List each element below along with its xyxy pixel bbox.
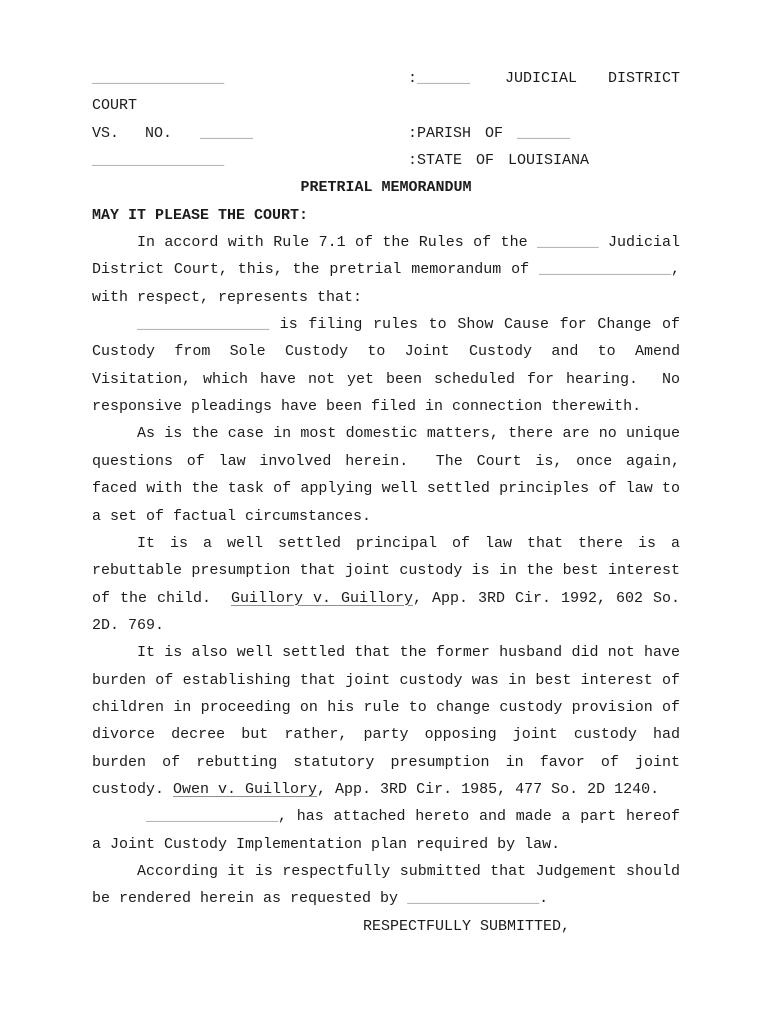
text-segment: burden of establishing that joint custod…	[92, 672, 680, 689]
document-line: burden of rebutting statutory presumptio…	[92, 749, 680, 776]
caption-row-defendant: _______________:STATEOFLOUISIANA	[92, 147, 680, 174]
document-line: 2D. 769.	[92, 612, 680, 639]
document-line: faced with the task of applying well set…	[92, 475, 680, 502]
document-line: It is a well settled principal of law th…	[92, 530, 680, 557]
document-line: _______________, has attached hereto and…	[92, 803, 680, 830]
document-line: Custody from Sole Custody to Joint Custo…	[92, 338, 680, 365]
text-segment: with respect, represents that:	[92, 289, 362, 306]
text-segment: of the child.	[92, 590, 231, 607]
blank-field: ______	[200, 120, 253, 147]
text-segment: It is also well settled that the former …	[137, 644, 680, 661]
text-segment: ,	[671, 261, 680, 278]
text-segment: , App. 3RD Cir. 1992, 602 So.	[413, 590, 680, 607]
case-citation: Guillory v. Guillory	[231, 590, 413, 607]
document-line: As is the case in most domestic matters,…	[92, 420, 680, 447]
text-segment: DISTRICT	[608, 65, 680, 92]
document-line: According it is respectfully submitted t…	[92, 858, 680, 885]
text-segment: Visitation, which have not yet been sche…	[92, 371, 680, 388]
text-segment: , App. 3RD Cir. 1985, 477 So. 2D 1240.	[317, 781, 659, 798]
text-segment: COURT	[92, 97, 137, 114]
blank-field: _______________	[137, 316, 269, 333]
text-segment: custody.	[92, 781, 173, 798]
blank-field: _______________	[146, 808, 278, 825]
document-line: be rendered herein as requested by _____…	[92, 885, 680, 912]
text-segment: Custody from Sole Custody to Joint Custo…	[92, 343, 680, 360]
text-segment: burden of rebutting statutory presumptio…	[92, 754, 680, 771]
text-segment: :STATE	[408, 147, 462, 174]
text-segment: faced with the task of applying well set…	[92, 480, 680, 497]
text-segment: divorce decree but rather, party opposin…	[92, 726, 680, 743]
text-segment: children in proceeding on his rule to ch…	[92, 699, 680, 716]
document-line: burden of establishing that joint custod…	[92, 667, 680, 694]
document-line: responsive pleadings have been filed in …	[92, 393, 680, 420]
blank-field: _______________	[92, 65, 224, 92]
blank-field: _______	[537, 234, 599, 251]
text-segment: OF	[485, 120, 503, 147]
text-segment: District Court, this, the pretrial memor…	[92, 261, 539, 278]
text-segment: NO.	[145, 120, 172, 147]
document-title: PRETRIAL MEMORANDUM	[92, 174, 680, 201]
text-segment: PRETRIAL MEMORANDUM	[300, 179, 471, 196]
document-line: Visitation, which have not yet been sche…	[92, 366, 680, 393]
text-segment: RESPECTFULLY SUBMITTED,	[363, 918, 570, 935]
text-segment: a set of factual circumstances.	[92, 508, 371, 525]
document-line: children in proceeding on his rule to ch…	[92, 694, 680, 721]
text-segment: questions of law involved herein. The Co…	[92, 453, 680, 470]
document-line: divorce decree but rather, party opposin…	[92, 721, 680, 748]
text-segment: As is the case in most domestic matters,…	[137, 425, 680, 442]
caption-row-plaintiff: _______________:______JUDICIALDISTRICT	[92, 65, 680, 92]
document-line: custody. Owen v. Guillory, App. 3RD Cir.…	[92, 776, 680, 803]
text-segment: VS.	[92, 120, 119, 147]
text-segment: LOUISIANA	[508, 147, 589, 174]
document-line: In accord with Rule 7.1 of the Rules of …	[92, 229, 680, 256]
caption-row-docket: VS.NO.______:PARISHOF______	[92, 120, 680, 147]
case-citation: Owen v. Guillory	[173, 781, 317, 798]
text-segment: responsive pleadings have been filed in …	[92, 398, 641, 415]
document-line: of the child. Guillory v. Guillory, App.…	[92, 585, 680, 612]
text-segment: :	[408, 65, 417, 92]
text-segment: In accord with Rule 7.1 of the Rules of …	[137, 234, 537, 251]
text-segment: a Joint Custody Implementation plan requ…	[92, 836, 560, 853]
document-line: _______________ is filing rules to Show …	[92, 311, 680, 338]
text-segment: MAY IT PLEASE THE COURT:	[92, 207, 308, 224]
text-segment: is filing rules to Show Cause for Change…	[269, 316, 680, 333]
document-line: It is also well settled that the former …	[92, 639, 680, 666]
text-segment: :PARISH	[408, 120, 471, 147]
salutation: MAY IT PLEASE THE COURT:	[92, 202, 680, 229]
document-line: a Joint Custody Implementation plan requ…	[92, 831, 680, 858]
document-line: with respect, represents that:	[92, 284, 680, 311]
blank-field: ______	[517, 120, 570, 147]
text-segment: According it is respectfully submitted t…	[137, 863, 680, 880]
text-segment: It is a well settled principal of law th…	[137, 535, 680, 552]
blank-field: ______	[417, 65, 470, 92]
memorandum-content: _______________:______JUDICIALDISTRICTCO…	[92, 65, 680, 940]
closing: RESPECTFULLY SUBMITTED,	[92, 913, 680, 940]
text-segment: Judicial	[599, 234, 680, 251]
document-line: a set of factual circumstances.	[92, 503, 680, 530]
text-segment: OF	[476, 147, 494, 174]
text-segment: 2D. 769.	[92, 617, 164, 634]
document-page: _______________:______JUDICIALDISTRICTCO…	[0, 0, 770, 1024]
text-segment: , has attached hereto and made a part he…	[278, 808, 680, 825]
blank-field: _______________	[92, 147, 224, 174]
document-line: District Court, this, the pretrial memor…	[92, 256, 680, 283]
document-line: rebuttable presumption that joint custod…	[92, 557, 680, 584]
document-line: questions of law involved herein. The Co…	[92, 448, 680, 475]
caption-row-court: COURT	[92, 92, 680, 119]
blank-field: _______________	[539, 261, 671, 278]
blank-field: _______________	[407, 890, 539, 907]
text-segment: rebuttable presumption that joint custod…	[92, 562, 680, 579]
text-segment: JUDICIAL	[505, 65, 577, 92]
text-segment: .	[539, 890, 548, 907]
text-segment: be rendered herein as requested by	[92, 890, 407, 907]
